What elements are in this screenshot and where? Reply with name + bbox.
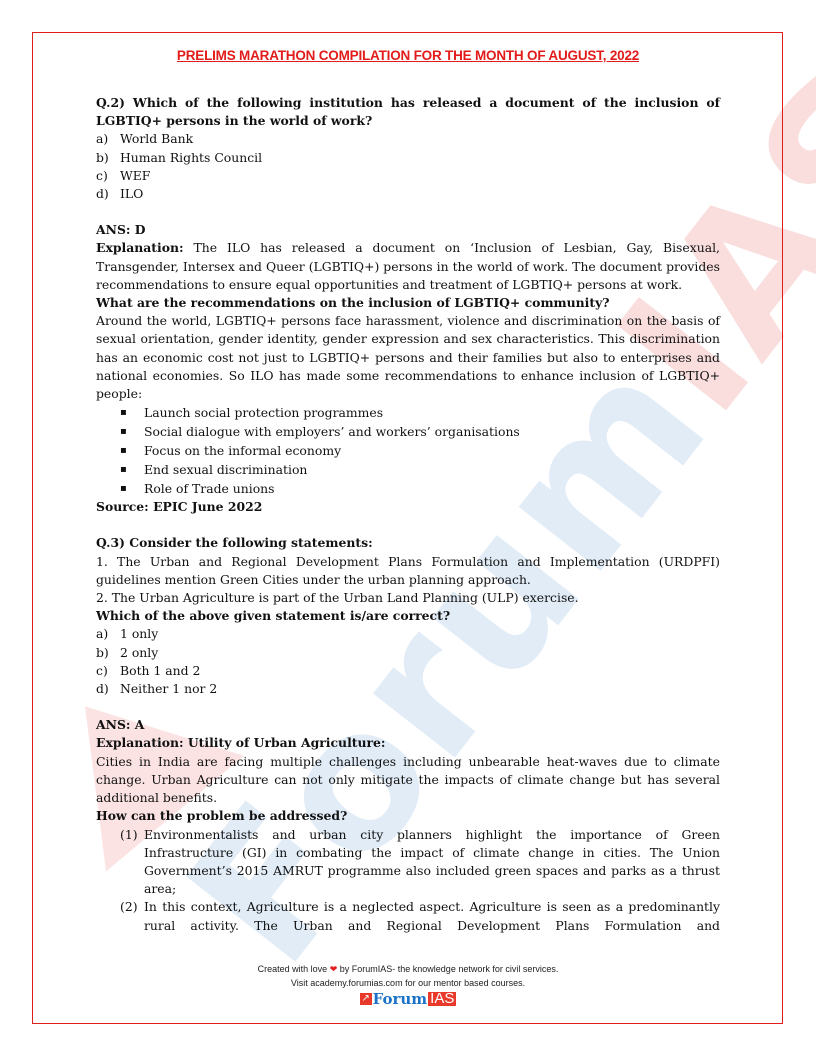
source: Source: EPIC June 2022 [96,498,720,516]
bullet-icon: ▪ [120,441,144,460]
option-c: c)WEF [96,167,720,185]
explanation: Explanation: The ILO has released a docu… [96,239,720,294]
list-item: ▪Focus on the informal economy [120,441,720,460]
question-text: Q.3) Consider the following statements: [96,534,720,552]
list-item: (1)Environmentalists and urban city plan… [120,826,720,899]
question-2: Q.2) Which of the following institution … [96,94,720,516]
page-content: Q.2) Which of the following institution … [96,94,720,935]
question-prompt: Which of the above given statement is/ar… [96,607,720,625]
footer-visit[interactable]: Visit academy.forumias.com for our mento… [0,976,816,990]
question-3: Q.3) Consider the following statements: … [96,534,720,934]
recommendation-list: ▪Launch social protection programmes ▪So… [96,403,720,498]
subheading: What are the recommendations on the incl… [96,294,720,312]
statement-2: 2. The Urban Agriculture is part of the … [96,589,720,607]
list-item: ▪Launch social protection programmes [120,403,720,422]
option-b: b)Human Rights Council [96,149,720,167]
list-item: ▪Social dialogue with employers’ and wor… [120,422,720,441]
paragraph: Around the world, LGBTIQ+ persons face h… [96,312,720,403]
option-c: c)Both 1 and 2 [96,662,720,680]
numbered-list: (1)Environmentalists and urban city plan… [96,826,720,935]
logo-arrow-icon: ↗ [360,993,372,1005]
paragraph: Cities in India are facing multiple chal… [96,753,720,808]
option-d: d)ILO [96,185,720,203]
answer: ANS: A [96,716,720,734]
bullet-icon: ▪ [120,422,144,441]
subheading: How can the problem be addressed? [96,807,720,825]
statement-1: 1. The Urban and Regional Development Pl… [96,553,720,589]
bullet-icon: ▪ [120,403,144,422]
heart-icon: ❤ [330,964,338,974]
footer: Created with love ❤ by ForumIAS- the kno… [0,962,816,1006]
answer: ANS: D [96,221,720,239]
option-b: b)2 only [96,644,720,662]
bullet-icon: ▪ [120,479,144,498]
forumias-logo: ↗ForumIAS [360,992,457,1006]
option-a: a)1 only [96,625,720,643]
list-item: ▪Role of Trade unions [120,479,720,498]
explanation-heading: Explanation: Utility of Urban Agricultur… [96,734,720,752]
option-a: a)World Bank [96,130,720,148]
list-item: ▪End sexual discrimination [120,460,720,479]
option-d: d)Neither 1 nor 2 [96,680,720,698]
footer-credit: Created with love ❤ by ForumIAS- the kno… [0,962,816,976]
list-item: (2)In this context, Agriculture is a neg… [120,898,720,934]
bullet-icon: ▪ [120,460,144,479]
question-text: Q.2) Which of the following institution … [96,94,720,130]
page-title: PRELIMS MARATHON COMPILATION FOR THE MON… [0,48,816,63]
